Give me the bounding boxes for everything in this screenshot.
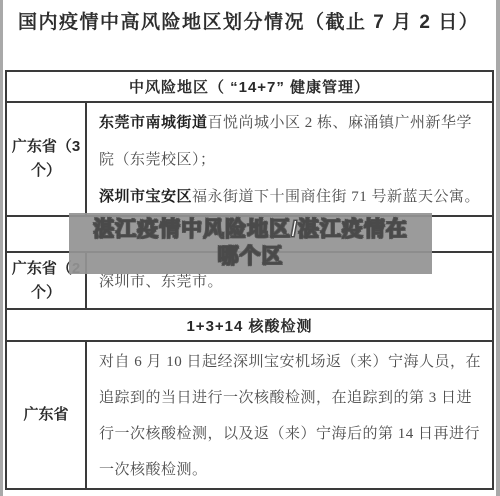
section3-header-nucleic-test: 1+3+14 核酸检测 — [7, 310, 492, 342]
right-edge-bar — [496, 0, 500, 496]
area-name-bold: 深圳市宝安区 — [99, 189, 192, 205]
area-item: 东莞市南城街道百悦尚城小区 2 栋、麻涌镇广州新华学院（东莞校区）； — [99, 105, 484, 179]
left-edge-bar — [0, 0, 3, 496]
area-list-cell: 东莞市南城街道百悦尚城小区 2 栋、麻涌镇广州新华学院（东莞校区）； 深圳市宝安… — [87, 103, 492, 215]
table-row-guangdong-test-policy: 广东省 对自 6 月 10 日起经深圳宝安机场返（来）宁海人员，在追踪到的当日进… — [7, 342, 492, 488]
area-detail: 福永街道下十围商住街 71 号新蓝天公寓。 — [192, 189, 480, 205]
policy-text-cell: 对自 6 月 10 日起经深圳宝安机场返（来）宁海人员，在追踪到的当日进行一次核… — [87, 342, 492, 488]
watermark-overlay: 湛江疫情中风险地区/湛江疫情在哪个区 — [69, 213, 432, 274]
watermark-text: 湛江疫情中风险地区/湛江疫情在哪个区 — [86, 216, 416, 270]
risk-area-table: 中风险地区（ “14+7” 健康管理） 广东省（3 个） 东莞市南城街道百悦尚城… — [5, 70, 494, 490]
page-title: 国内疫情中高风险地区划分情况（截止 7 月 2 日） — [18, 7, 479, 34]
area-item: 深圳市宝安区福永街道下十围商住街 71 号新蓝天公寓。 — [99, 179, 484, 215]
section1-header-medium-risk: 中风险地区（ “14+7” 健康管理） — [7, 72, 492, 103]
province-cell: 广东省 — [7, 342, 87, 488]
province-cell: 广东省（3 个） — [7, 103, 87, 215]
table-row-guangdong-3: 广东省（3 个） 东莞市南城街道百悦尚城小区 2 栋、麻涌镇广州新华学院（东莞校… — [7, 103, 492, 217]
area-name-bold: 东莞市南城街道 — [99, 115, 208, 131]
